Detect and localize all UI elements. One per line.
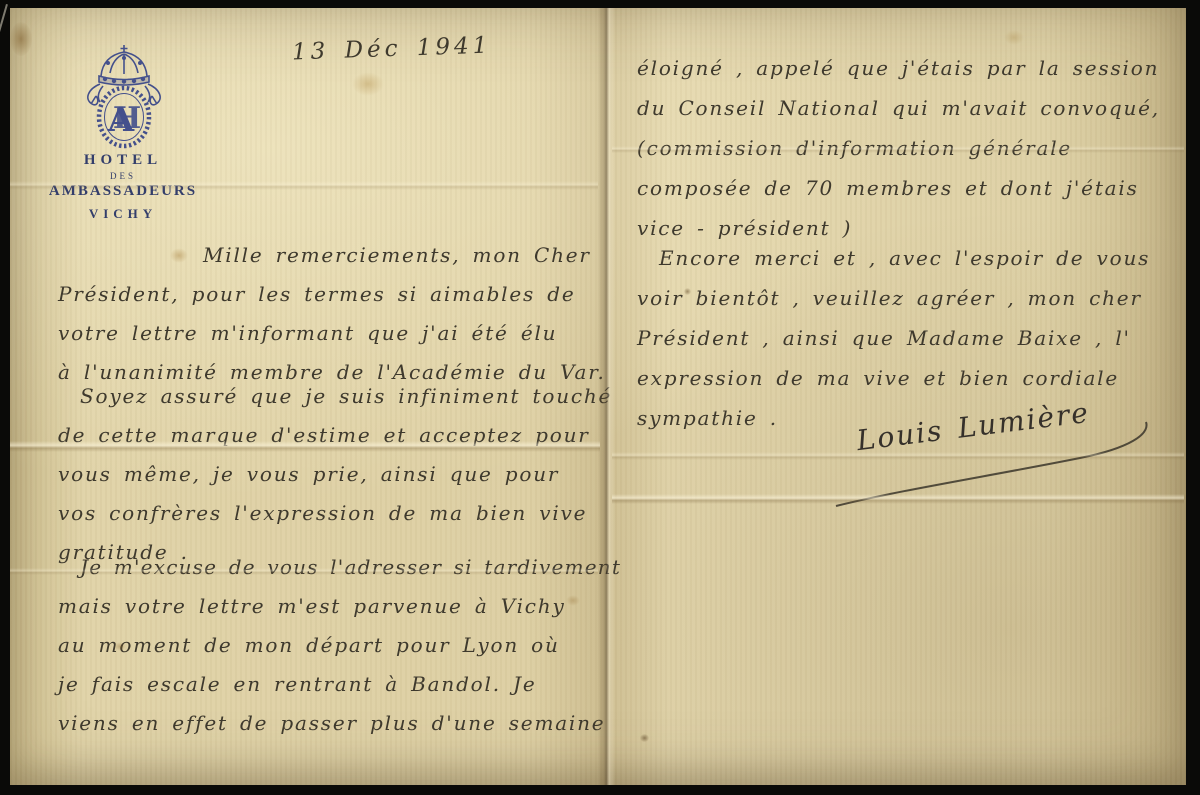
scanned-letter: H A HOTEL DES AMBASSADEURS VICHY 13 Déc … [0, 0, 1200, 795]
handwritten-line: je fais escale en rentrant à Bandol. Je [58, 665, 606, 704]
handwritten-line: du Conseil National qui m'avait convoqué… [637, 88, 1167, 128]
letterhead-des: DES [40, 171, 206, 181]
stain-spot [170, 248, 188, 263]
stain-spot [640, 734, 649, 742]
handwritten-line: Président , ainsi que Madame Baixe , l' [637, 318, 1167, 358]
fold-crease-vertical [597, 8, 615, 785]
cross-icon [121, 45, 128, 52]
stain-spot [10, 22, 32, 56]
handwritten-line: Mille remerciements, mon Cher [58, 236, 588, 275]
left-paragraph-3: Je m'excuse de vous l'adresser si tardiv… [58, 548, 606, 743]
handwritten-line: éloigné , appelé que j'étais par la sess… [637, 48, 1167, 88]
fold-crease-horizontal [612, 452, 1184, 460]
fold-crease-horizontal [612, 146, 1184, 153]
fold-crease-horizontal [612, 494, 1184, 504]
stain-spot [684, 288, 691, 295]
handwritten-line: expression de ma vive et bien cordiale [637, 358, 1167, 398]
stain-spot [352, 72, 384, 96]
handwritten-line: mais votre lettre m'est parvenue à Vichy [58, 587, 606, 626]
handwritten-line: votre lettre m'informant que j'ai été él… [58, 314, 588, 353]
handwritten-line: composée de 70 membres et dont j'étais [637, 168, 1167, 208]
handwritten-line: vos confrères l'expression de ma bien vi… [58, 494, 593, 533]
letterhead-hotel: HOTEL [40, 152, 206, 169]
handwritten-line: viens en effet de passer plus d'une sema… [58, 704, 606, 743]
stain-spot [566, 595, 580, 606]
monogram-HA: H A [107, 100, 141, 140]
hotel-crest: H A [80, 42, 168, 152]
left-paragraph-1: Mille remerciements, mon Cher Président,… [58, 236, 588, 392]
handwritten-line: Encore merci et , avec l'espoir de vous [637, 238, 1167, 278]
stain-spot [114, 642, 126, 651]
fold-crease-horizontal [10, 568, 598, 575]
fold-crease-horizontal [10, 441, 600, 452]
corner-crease [0, 4, 8, 115]
handwritten-line: voir bientôt , veuillez agréer , mon che… [637, 278, 1167, 318]
letterhead-vichy: VICHY [40, 206, 206, 222]
handwritten-line: vous même, je vous prie, ainsi que pour [58, 455, 593, 494]
svg-text:A: A [107, 100, 135, 140]
handwritten-line: au moment de mon départ pour Lyon où [58, 626, 606, 665]
handwritten-line: Président, pour les termes si aimables d… [58, 275, 588, 314]
left-paragraph-2: Soyez assuré que je suis infiniment touc… [58, 377, 593, 572]
handwritten-line: Soyez assuré que je suis infiniment touc… [58, 377, 593, 416]
fold-crease-horizontal [10, 181, 598, 190]
stain-spot [1004, 30, 1024, 45]
